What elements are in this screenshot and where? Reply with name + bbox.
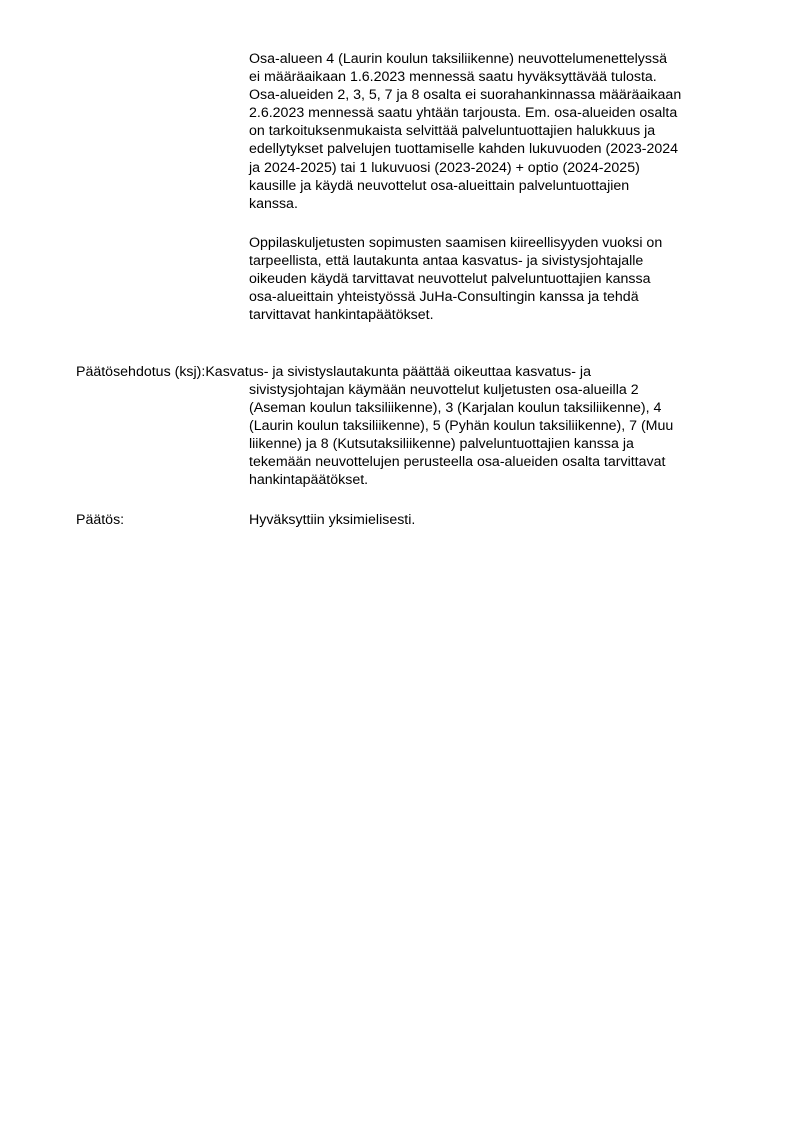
text-line: edellytykset palvelujen tuottamiselle ka…: [249, 140, 749, 158]
text-line: Oppilaskuljetusten sopimusten saamisen k…: [249, 234, 749, 252]
text-line: oikeuden käydä tarvittavat neuvottelut p…: [249, 270, 749, 288]
text-line: ja 2024-2025) tai 1 lukuvuosi (2023-2024…: [249, 159, 749, 177]
proposal-label-text: Päätösehdotus (ksj):: [76, 364, 205, 380]
decision-text: Hyväksyttiin yksimielisesti.: [249, 511, 749, 529]
proposal-first-line: Kasvatus- ja sivistyslautakunta päättää …: [205, 364, 591, 380]
text-line: kanssa.: [249, 195, 749, 213]
proposal-body: sivistysjohtajan käymään neuvottelut kul…: [249, 381, 749, 490]
text-line: ei määräaikaan 1.6.2023 mennessä saatu h…: [249, 68, 749, 86]
text-line: tarpeellista, että lautakunta antaa kasv…: [249, 252, 749, 270]
text-line: kausille ja käydä neuvottelut osa-alueit…: [249, 177, 749, 195]
text-line: tarvittavat hankintapäätökset.: [249, 306, 749, 324]
intro-paragraph: Osa-alueen 4 (Laurin koulun taksiliikenn…: [249, 50, 749, 213]
decision-label: Päätös:: [76, 511, 124, 529]
text-line: Osa-alueen 4 (Laurin koulun taksiliikenn…: [249, 50, 749, 68]
text-line: on tarkoituksenmukaista selvittää palvel…: [249, 122, 749, 140]
text-line: sivistysjohtajan käymään neuvottelut kul…: [249, 381, 749, 399]
text-line: tekemään neuvottelujen perusteella osa-a…: [249, 453, 749, 471]
text-line: Hyväksyttiin yksimielisesti.: [249, 511, 749, 529]
text-line: hankintapäätökset.: [249, 471, 749, 489]
proposal-label: Päätösehdotus (ksj):Kasvatus- ja sivisty…: [76, 363, 591, 381]
second-paragraph: Oppilaskuljetusten sopimusten saamisen k…: [249, 234, 749, 324]
text-line: (Laurin koulun taksiliikenne), 5 (Pyhän …: [249, 417, 749, 435]
text-line: 2.6.2023 mennessä saatu yhtään tarjousta…: [249, 104, 749, 122]
text-line: (Aseman koulun taksiliikenne), 3 (Karjal…: [249, 399, 749, 417]
text-line: Osa-alueiden 2, 3, 5, 7 ja 8 osalta ei s…: [249, 86, 749, 104]
text-line: liikenne) ja 8 (Kutsutaksiliikenne) palv…: [249, 435, 749, 453]
text-line: osa-alueittain yhteistyössä JuHa-Consult…: [249, 288, 749, 306]
